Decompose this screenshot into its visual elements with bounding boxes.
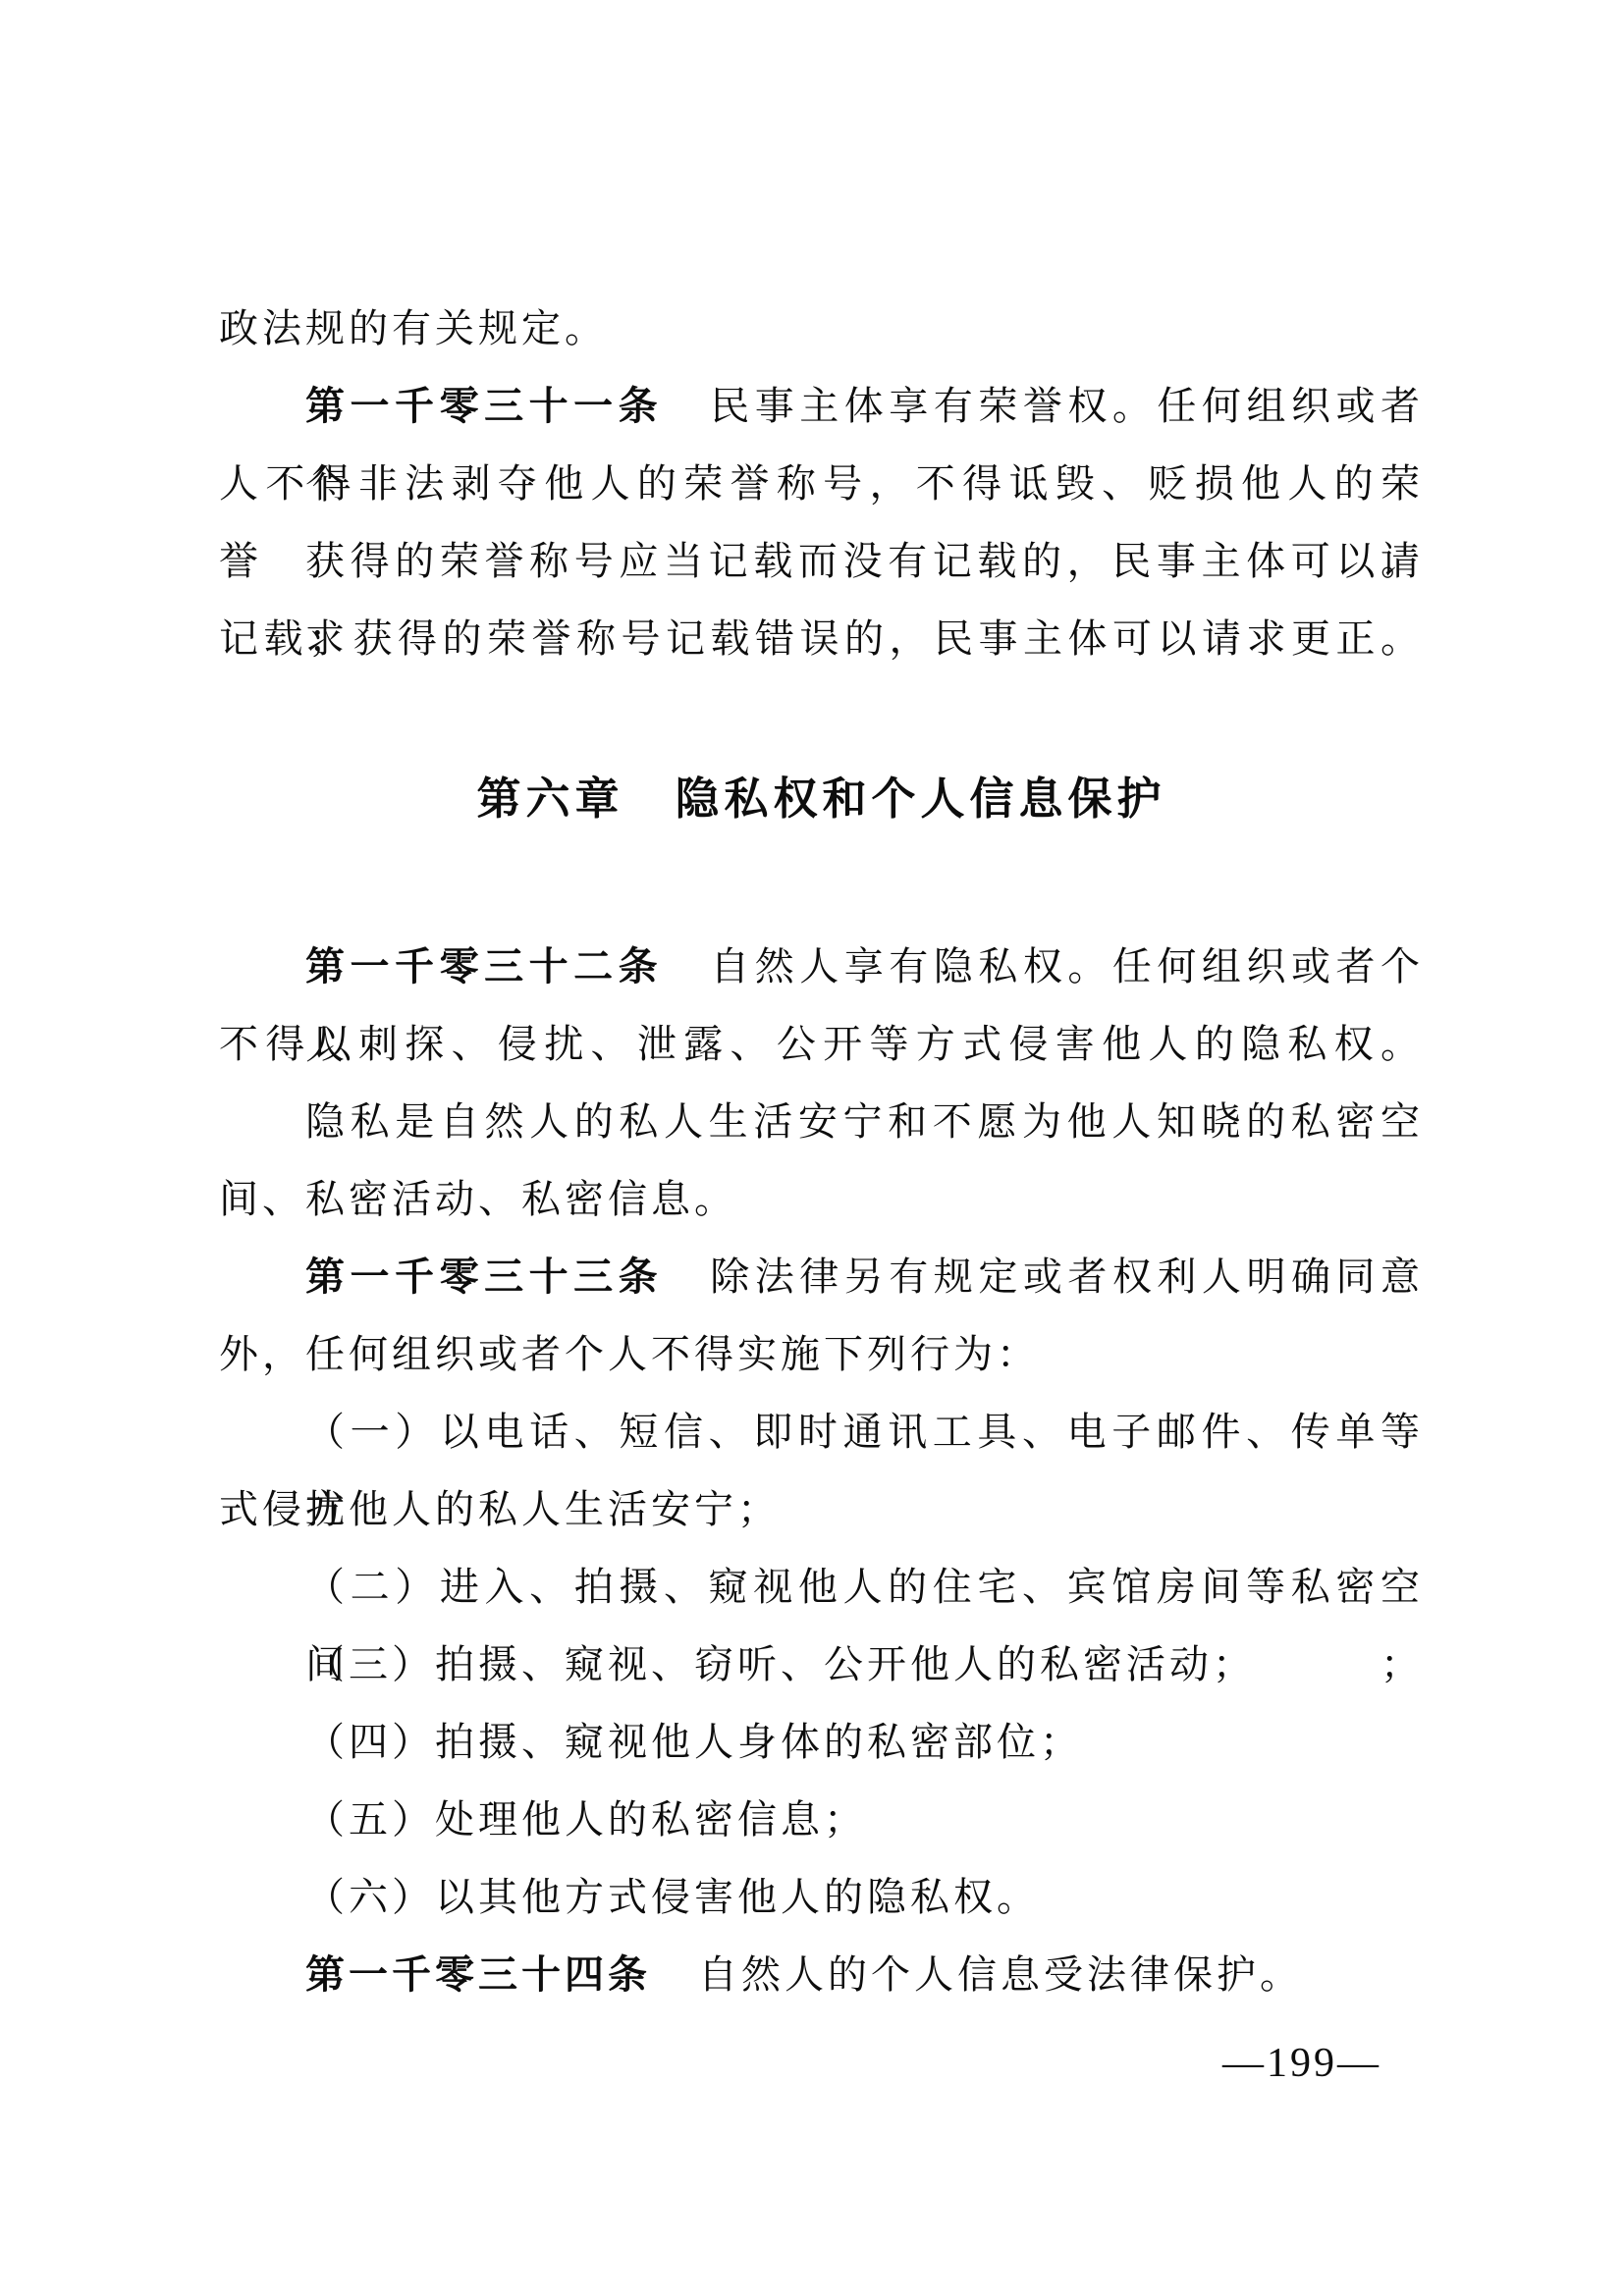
text-line: （三）拍摄、窥视、窃听、公开他人的私密活动； (219, 1626, 1424, 1703)
article-number: 第一千零三十四条 (305, 1953, 651, 1997)
article-number: 第一千零三十一条 (305, 385, 663, 428)
document-page: 政法规的有关规定。 第一千零三十一条民事主体享有荣誉权。任何组织或者个 人不得非… (0, 0, 1624, 2296)
text-line: 政法规的有关规定。 (219, 290, 1424, 367)
page-number: —199— (1222, 2040, 1381, 2087)
text-line: 记载；获得的荣誉称号记载错误的，民事主体可以请求更正。 (219, 600, 1424, 677)
text-line: 不得以刺探、侵扰、泄露、公开等方式侵害他人的隐私权。 (219, 1005, 1424, 1083)
text-line: 第一千零三十一条民事主体享有荣誉权。任何组织或者个 (219, 367, 1424, 445)
text-line: 获得的荣誉称号应当记载而没有记载的，民事主体可以请求 (219, 522, 1424, 600)
chapter-number: 第六章 (476, 774, 623, 824)
article-number: 第一千零三十三条 (305, 1255, 663, 1299)
text-line: （五）处理他人的私密信息； (219, 1781, 1424, 1858)
text-line: 第一千零三十三条除法律另有规定或者权利人明确同意 (219, 1238, 1424, 1315)
text-line: 式侵扰他人的私人生活安宁； (219, 1470, 1424, 1548)
text-content: 政法规的有关规定。 第一千零三十一条民事主体享有荣誉权。任何组织或者个 人不得非… (219, 290, 1424, 2013)
text-line: （六）以其他方式侵害他人的隐私权。 (219, 1858, 1424, 1936)
text-line: 第一千零三十四条自然人的个人信息受法律保护。 (219, 1936, 1424, 2013)
text-line: （二）进入、拍摄、窥视他人的住宅、宾馆房间等私密空间； (219, 1548, 1424, 1626)
text-line: 间、私密活动、私密信息。 (219, 1160, 1424, 1238)
chapter-heading: 第六章隐私权和个人信息保护 (219, 760, 1424, 837)
text-line: 外，任何组织或者个人不得实施下列行为： (219, 1315, 1424, 1393)
line-text: 自然人的个人信息受法律保护。 (698, 1952, 1303, 1997)
chapter-title: 隐私权和个人信息保护 (676, 774, 1166, 824)
text-line: （一）以电话、短信、即时通讯工具、电子邮件、传单等方 (219, 1393, 1424, 1470)
article-number: 第一千零三十二条 (305, 945, 663, 988)
text-line: 第一千零三十二条自然人享有隐私权。任何组织或者个人 (219, 928, 1424, 1005)
line-text: 除法律另有规定或者权利人明确同意 (710, 1255, 1424, 1299)
text-line: 隐私是自然人的私人生活安宁和不愿为他人知晓的私密空 (219, 1083, 1424, 1160)
text-line: 人不得非法剥夺他人的荣誉称号，不得诋毁、贬损他人的荣誉。 (219, 445, 1424, 522)
text-line: （四）拍摄、窥视他人身体的私密部位； (219, 1703, 1424, 1781)
